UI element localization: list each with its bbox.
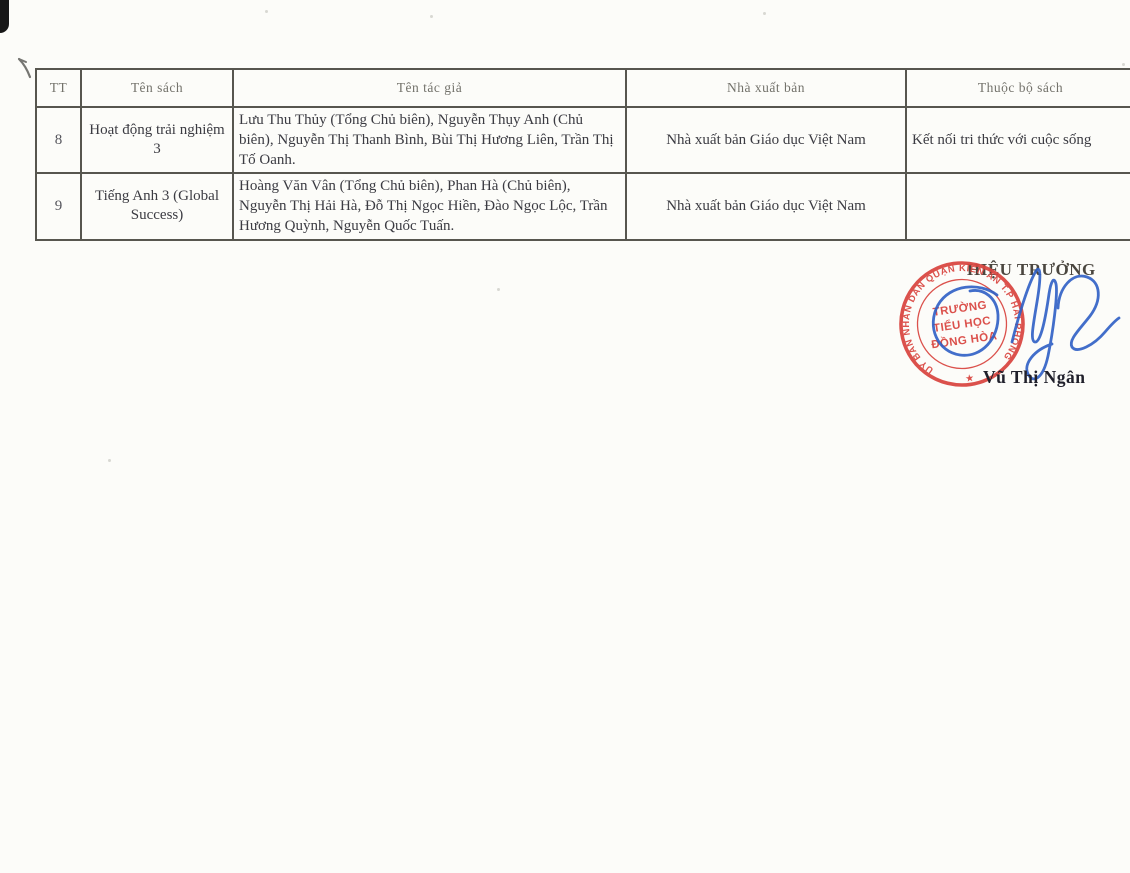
- cell-series: Kết nối tri thức với cuộc sống: [906, 107, 1130, 173]
- cell-tt: 9: [36, 173, 81, 239]
- cell-book-title: Hoạt động trải nghiệm 3: [81, 107, 233, 173]
- scan-speck: [108, 459, 111, 462]
- header-nxb: Nhà xuất bản: [626, 69, 906, 107]
- signer-name: Vũ Thị Ngân: [983, 367, 1085, 388]
- scan-corner-artifact: [0, 0, 9, 33]
- scan-speck: [497, 288, 500, 291]
- scan-speck: [763, 12, 766, 15]
- scan-speck: [430, 15, 433, 18]
- cell-tt: 8: [36, 107, 81, 173]
- scan-speck: [1122, 63, 1125, 66]
- header-tac-gia: Tên tác giả: [233, 69, 626, 107]
- cell-series: [906, 173, 1130, 239]
- cell-authors: Lưu Thu Thủy (Tổng Chủ biên), Nguyễn Thụ…: [233, 107, 626, 173]
- cell-authors: Hoàng Văn Vân (Tổng Chủ biên), Phan Hà (…: [233, 173, 626, 239]
- cell-publisher: Nhà xuất bản Giáo dục Việt Nam: [626, 173, 906, 239]
- table-header-row: TT Tên sách Tên tác giả Nhà xuất bản Thu…: [36, 69, 1130, 107]
- cell-publisher: Nhà xuất bản Giáo dục Việt Nam: [626, 107, 906, 173]
- scan-speck: [265, 10, 268, 13]
- header-ten-sach: Tên sách: [81, 69, 233, 107]
- table-row: 8 Hoạt động trải nghiệm 3 Lưu Thu Thủy (…: [36, 107, 1130, 173]
- cell-book-title: Tiếng Anh 3 (Global Success): [81, 173, 233, 239]
- header-tt: TT: [36, 69, 81, 107]
- book-list-table: TT Tên sách Tên tác giả Nhà xuất bản Thu…: [35, 68, 1130, 241]
- header-bo-sach: Thuộc bộ sách: [906, 69, 1130, 107]
- table-row: 9 Tiếng Anh 3 (Global Success) Hoàng Văn…: [36, 173, 1130, 239]
